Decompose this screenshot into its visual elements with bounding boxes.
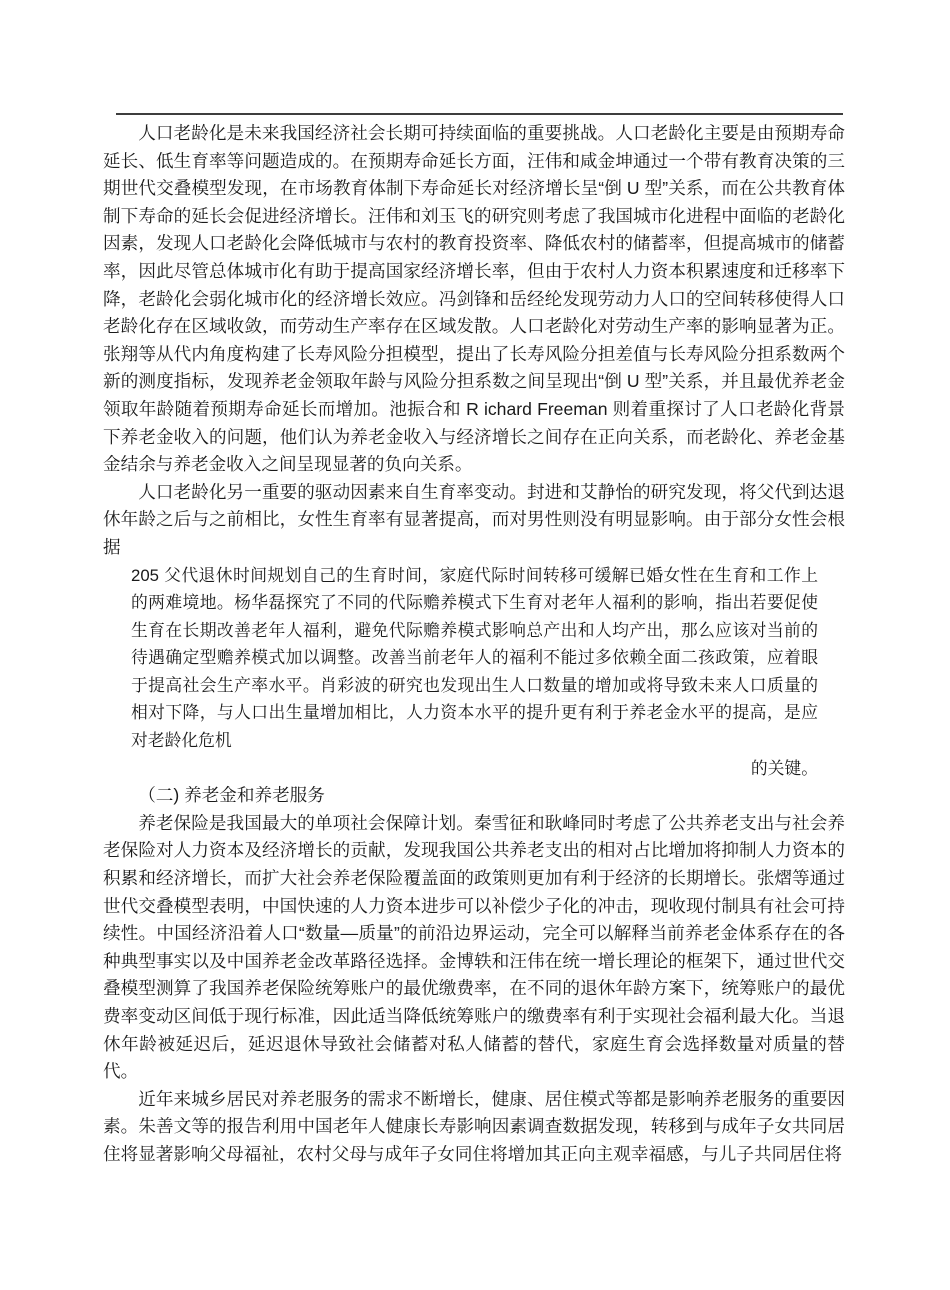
top-divider (116, 113, 843, 115)
paragraph-fertility-rate-driver: 人口老龄化另一重要的驱动因素来自生育率变动。封进和艾静怡的研究发现，将父代到达退… (103, 479, 845, 562)
note-block-205: 205 父代退休时间规划自己的生育时间，家庭代际时间转移可缓解已婚女性在生育和工… (131, 562, 818, 783)
note-text: 205 父代退休时间规划自己的生育时间，家庭代际时间转移可缓解已婚女性在生育和工… (131, 566, 818, 751)
paragraph-pension-insurance-research: 养老保险是我国最大的单项社会保障计划。秦雪征和耿峰同时考虑了公共养老支出与社会养… (103, 810, 845, 1086)
note-tail-line: 的关键。 (131, 755, 818, 783)
paragraph-population-aging-challenge: 人口老龄化是未来我国经济社会长期可持续面临的重要挑战。人口老龄化主要是由预期寿命… (103, 120, 845, 479)
section-heading-pension-and-elderly-services: （二) 养老金和养老服务 (103, 782, 845, 810)
paragraph-elderly-care-service-demand: 近年来城乡居民对养老服务的需求不断增长，健康、居住模式等都是影响养老服务的重要因… (103, 1086, 845, 1169)
document-page: 人口老龄化是未来我国经济社会长期可持续面临的重要挑战。人口老龄化主要是由预期寿命… (0, 0, 950, 1290)
